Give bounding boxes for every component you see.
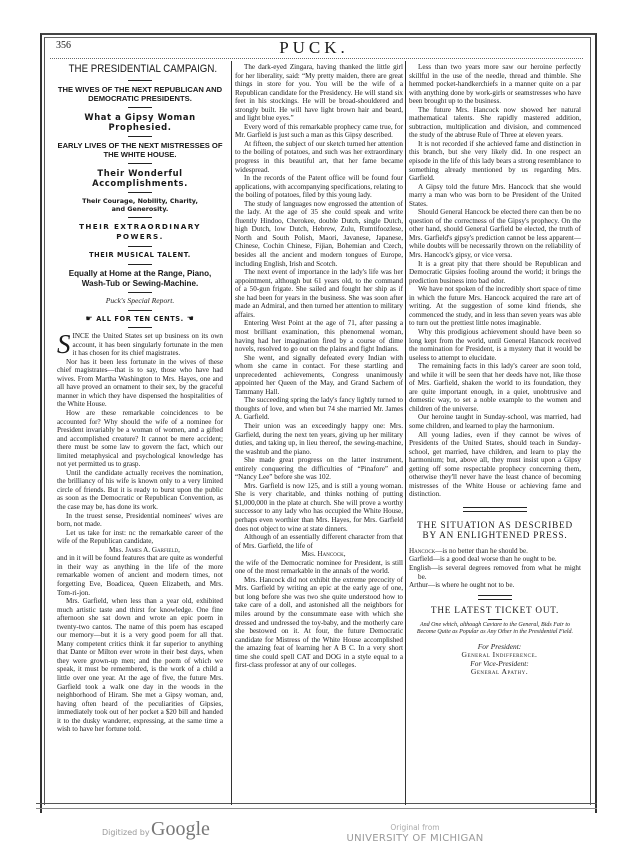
paragraph: The remaining facts in this lady's caree… [409,362,581,413]
headline-deck-8: Equally at Home at the Range, Piano, Was… [57,269,223,288]
drop-cap: S [57,333,71,355]
pointing-hand-left-icon: ☚ [187,314,195,323]
paragraph: The future Mrs. Hancock now showed her n… [409,106,581,140]
paragraph: Mrs. Hancock did not exhibit the extreme… [235,576,403,670]
paragraph: Less than two years more saw our heroine… [409,63,581,106]
paragraph: The study of languages now engrossed the… [235,200,403,268]
paragraph: Nor has it been less fortunate in the wi… [57,358,223,409]
situation-item: English—is several degrees removed from … [409,564,581,581]
paragraph: It is not recorded if she achieved fame … [409,140,581,183]
paragraph: Mrs. Garfield, when less than a year old… [57,597,223,734]
paragraph: In the records of the Patent office will… [235,174,403,200]
google-logo: Google [151,818,210,841]
paragraph: The next event of importance in the lady… [235,268,403,319]
paragraph: Their union was an exceedingly happy one… [235,422,403,456]
paragraph: Although of an essentially different cha… [235,533,403,550]
situation-item: Hancock—is no better than he should be. [409,547,581,556]
ticket-title: THE LATEST TICKET OUT. [409,605,581,615]
headline-deck-1: THE WIVES OF THE NEXT REPUBLICAN AND DEM… [57,85,223,103]
headline-separator [488,619,502,620]
situation-item-name: English [409,564,431,572]
paragraph: The dark-eyed Zingara, having thanked th… [235,63,403,123]
headline-separator [128,80,152,81]
paragraph: We have not spoken of the incredibly sho… [409,285,581,328]
name-heading-hancock: Mrs. Hancock, [235,550,403,559]
paragraph: She went, and signally defeated every In… [235,354,403,397]
paragraph: Why this prodigious achievement should h… [409,328,581,362]
headline-separator [128,327,152,328]
digitized-by-label: Digitized by [102,828,150,837]
paragraph: How are these remarkable coincidences to… [57,409,223,469]
paragraph: Should General Hancock be elected there … [409,208,581,259]
situation-item: Arthur—is where he ought not to be. [409,581,581,590]
headline-deck-9: Puck's Special Report. [57,297,223,306]
situation-item-text: —is where he ought not to be. [428,581,514,589]
paragraph: In the truest sense, Presidential nomine… [57,512,223,529]
situation-item-name: Hancock [409,547,435,555]
bottom-rule-secondary [36,808,597,809]
paragraph-text: INCE the United States set up business o… [73,332,224,357]
article-title: THE PRESIDENTIAL CAMPAIGN. [69,63,212,76]
headline-deck-4: Their Wonderful Accomplishments. [57,168,223,188]
paragraph: All young ladies, even if they cannot be… [409,431,581,499]
section-double-rule [478,595,512,600]
vice-president-name: General Apathy. [409,668,581,677]
paragraph: Our heroine taught in Sunday-school, was… [409,413,581,430]
situation-title: THE SITUATION AS DESCRIBED BY AN ENLIGHT… [409,520,581,540]
paragraph: The succeeding spring the lady's fancy l… [235,396,403,422]
header-rule [50,58,583,59]
headline-separator [128,310,152,311]
pointing-hand-right-icon: ☛ [86,314,94,323]
institution-label: UNIVERSITY OF MICHIGAN [290,833,540,844]
left-column: THE PRESIDENTIAL CAMPAIGN. THE WIVES OF … [57,63,223,734]
headline-separator [128,136,152,137]
headline-deck-5: Their Courage, Nobility, Charity, and Ge… [57,197,223,213]
paragraph: At fifteen, the subject of our sketch tu… [235,140,403,174]
middle-column: The dark-eyed Zingara, having thanked th… [231,61,403,805]
digitization-footer: Digitized by Google Original from UNIVER… [0,818,628,849]
paragraph: and in it will be found features that ar… [57,554,223,597]
situation-item-text: —is a good deal worse than he ought to b… [433,555,557,563]
situation-item-text: —is no better than he should be. [435,547,528,555]
paragraph: SINCE the United States set up business … [57,332,223,358]
name-heading-garfield: Mrs. James A. Garfield, [57,546,223,555]
headline-separator [128,246,152,247]
situation-item-text: —is several degrees removed from what he… [418,564,581,581]
paragraph: Mrs. Garfield is now 125, and is still a… [235,482,403,533]
situation-item-name: Garfield [409,555,433,563]
headline-deck-10: ☛ ALL FOR TEN CENTS. ☚ [57,315,223,324]
original-from-label: Original from [340,823,490,832]
headline-separator [128,107,152,108]
paragraph: A Gipsy told the future Mrs. Hancock tha… [409,183,581,209]
paragraph: It is a great pity that there should be … [409,260,581,286]
headline-separator [128,292,152,293]
headline-separator [128,264,152,265]
paragraph: the wife of the Democratic nominee for P… [235,559,403,576]
masthead-title: PUCK. [0,38,628,58]
headline-deck-2: What a Gipsy Woman Prophesied. [57,112,223,132]
headline-deck-3: EARLY LIVES OF THE NEXT MISTRESSES OF TH… [57,141,223,159]
paragraph: Every word of this remarkable prophecy c… [235,123,403,140]
section-double-rule [463,507,527,512]
situation-item-name: Arthur [409,581,428,589]
paragraph: Until the candidate actually receives th… [57,469,223,512]
ten-cents-label: ALL FOR TEN CENTS. [96,315,184,323]
headline-separator [128,163,152,164]
headline-separator [128,217,152,218]
situation-item: Garfield—is a good deal worse than he ou… [409,555,581,564]
paragraph: She made great progress on the latter in… [235,456,403,482]
headline-separator [128,192,152,193]
headline-deck-7: THEIR MUSICAL TALENT. [57,251,223,260]
paragraph: Let us take for inst: nc the remarkable … [57,529,223,546]
right-column: Less than two years more saw our heroine… [405,61,581,805]
headline-deck-6: THEIR EXTRAORDINARY POWERS. [57,222,223,242]
paragraph: Entering West Point at the age of 71, af… [235,319,403,353]
ticket-subtitle: And One which, although Caviare to the G… [415,622,575,637]
